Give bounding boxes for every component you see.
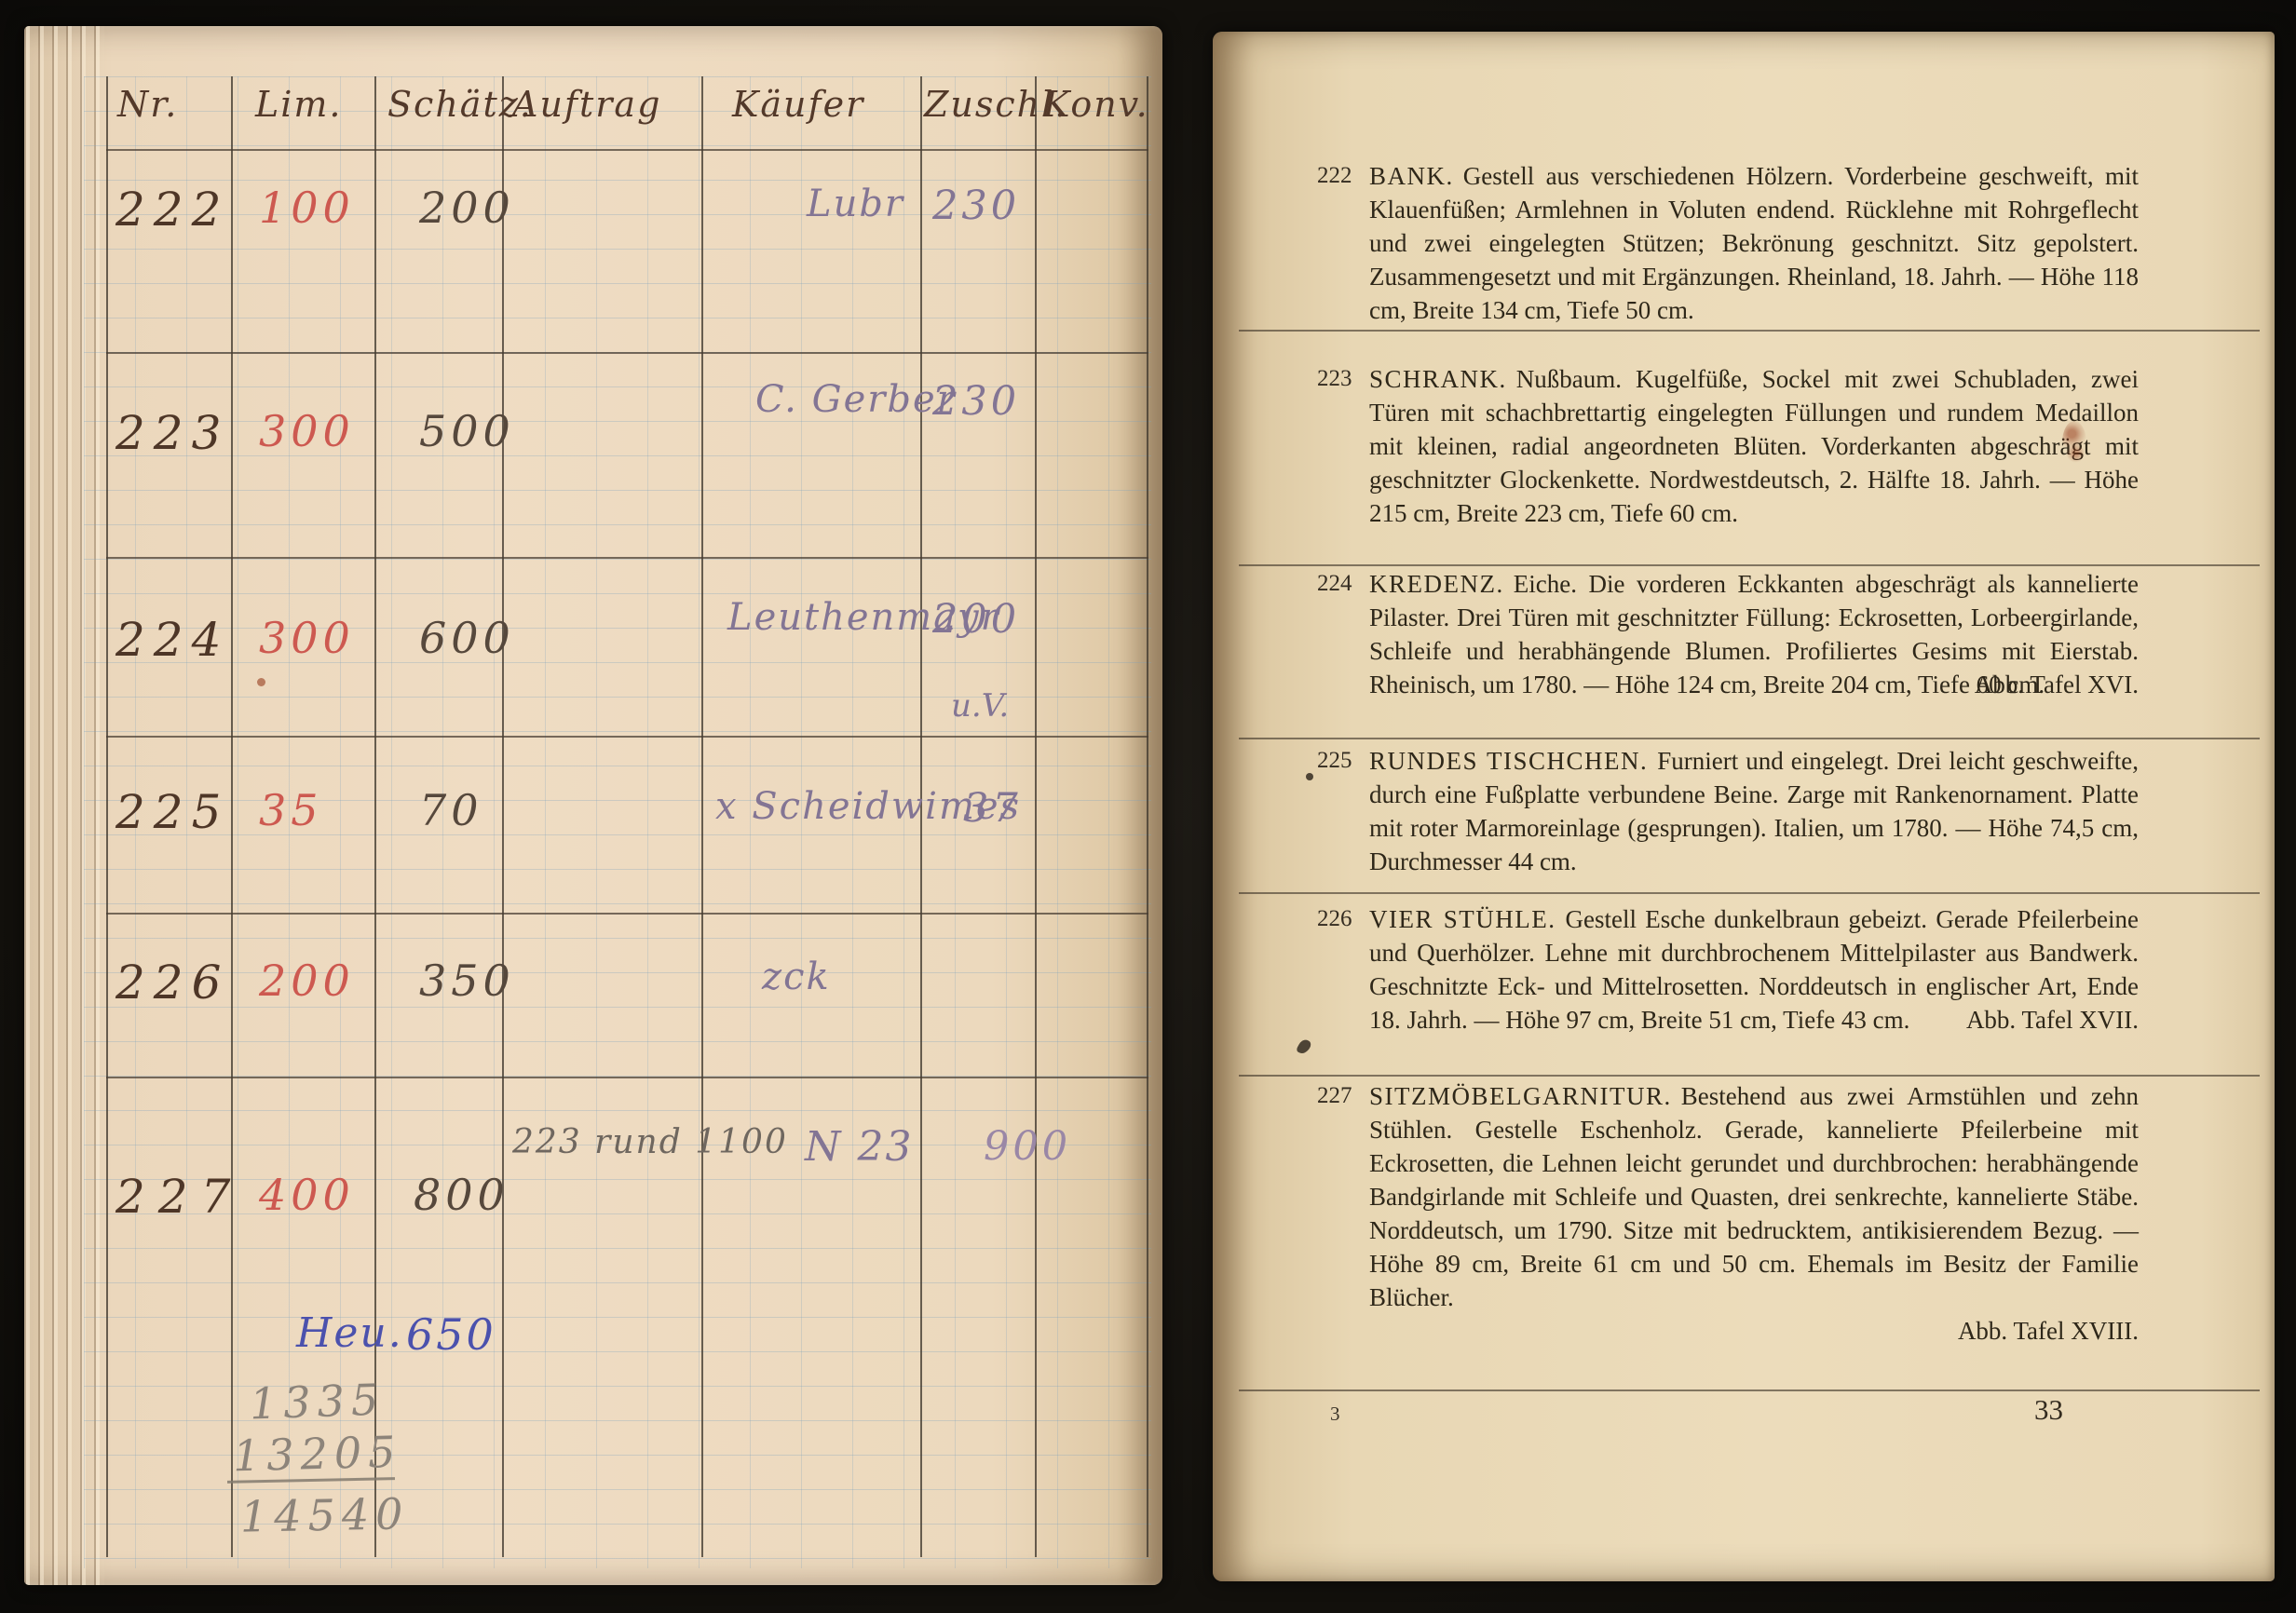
plate-reference: Abb. Tafel XVIII. (1369, 1314, 2139, 1348)
cell-schaetz: 200 (419, 183, 515, 233)
cell-lim: 200 (259, 956, 355, 1006)
entry-title: VIER STÜHLE. (1369, 905, 1556, 933)
ledger-page: Nr. Lim. Schätz. Auftrag Käufer Zuschl. … (24, 26, 1162, 1585)
cell-kaeufer: zck (762, 956, 831, 998)
margin-dot-mark (1306, 773, 1313, 780)
entry-title: KREDENZ. (1369, 570, 1504, 598)
lot-number: 222 (1317, 159, 1369, 327)
cell-kaeufer: N 23 (805, 1123, 913, 1171)
cell-zuschl: 200 (932, 596, 1020, 643)
entry-title: RUNDES TISCHCHEN. (1369, 747, 1648, 775)
row-separator (106, 352, 1148, 354)
totals-sum: 14540 (240, 1488, 410, 1541)
column-rule (1035, 76, 1037, 1557)
entry-separator (1239, 330, 2260, 332)
row-separator (106, 557, 1148, 559)
entry-separator (1239, 564, 2260, 566)
cell-lim: 35 (259, 785, 323, 835)
cell-schaetz: 500 (419, 406, 515, 456)
cell-lim: 300 (259, 613, 355, 663)
catalog-page: 222 BANK.Gestell aus verschiedenen Hölze… (1213, 32, 2275, 1581)
cell-zuschl-note: u.V. (951, 687, 1009, 725)
cell-nr: 222 (115, 183, 229, 237)
cell-lim: 300 (259, 406, 355, 456)
rust-stain (2062, 421, 2086, 464)
catalog-entry-223: 223 SCHRANK.Nußbaum. Kugelfüße, Sockel m… (1317, 362, 2139, 530)
footer-rule (1239, 1389, 2260, 1391)
catalog-entry-226: 226 VIER STÜHLE.Gestell Esche dunkelbrau… (1317, 902, 2139, 1037)
cell-schaetz: 70 (419, 785, 483, 835)
entry-text: KREDENZ.Eiche. Die vorderen Eckkanten ab… (1369, 567, 2139, 701)
header-konv: Konv. (1043, 84, 1149, 125)
catalog-entry-227: 227 SITZMÖBELGARNITUR.Bestehend aus zwei… (1317, 1079, 2139, 1348)
cell-schaetz: 600 (419, 613, 515, 663)
header-lim: Lim. (255, 84, 343, 125)
entry-title: SCHRANK. (1369, 365, 1507, 393)
entry-text: BANK.Gestell aus verschiedenen Hölzern. … (1369, 159, 2139, 327)
row-separator (106, 913, 1148, 915)
column-rule (106, 76, 108, 1557)
cell-lim: 100 (259, 183, 355, 233)
cell-nr: 226 (115, 956, 229, 1010)
header-kaeufer: Käufer (732, 84, 864, 125)
page-number: 33 (2034, 1393, 2063, 1427)
entry-text: VIER STÜHLE.Gestell Esche dunkelbraun ge… (1369, 902, 2139, 1037)
entry-body: Bestehend aus zwei Armstühlen und zehn S… (1369, 1082, 2139, 1311)
cell-zuschl: 900 (984, 1123, 1071, 1170)
catalog-entry-225: 225 RUNDES TISCHCHEN.Furniert und eingel… (1317, 744, 2139, 878)
cell-lim: 400 (259, 1170, 355, 1220)
cell-nr: 225 (115, 785, 229, 839)
book-photo: { "ledger": { "headers": { "nr": "Nr.", … (0, 0, 2296, 1613)
header-auftrag: Auftrag (512, 84, 661, 125)
row-separator (106, 1077, 1148, 1078)
lot-number: 227 (1317, 1079, 1369, 1348)
cell-zuschl: 230 (932, 183, 1020, 229)
totals-label: Heu. (296, 1309, 403, 1357)
signature-mark: 3 (1330, 1403, 1340, 1426)
lot-number: 225 (1317, 744, 1369, 878)
entry-body: Gestell aus verschiedenen Hölzern. Vorde… (1369, 162, 2139, 324)
lot-number: 223 (1317, 362, 1369, 530)
header-nr: Nr. (117, 84, 178, 125)
totals-value: 650 (406, 1309, 496, 1360)
column-rule (231, 76, 233, 1557)
entry-title: BANK. (1369, 162, 1454, 190)
column-rule (701, 76, 703, 1557)
entry-text: RUNDES TISCHCHEN.Furniert und eingelegt.… (1369, 744, 2139, 878)
ink-stain (257, 678, 265, 686)
row-separator (106, 736, 1148, 738)
entry-separator (1239, 738, 2260, 739)
cell-nr: 227 (115, 1170, 243, 1224)
row-separator (106, 149, 1148, 151)
column-rule (502, 76, 504, 1557)
cell-zuschl: 230 (932, 378, 1020, 425)
cell-schaetz: 350 (419, 956, 515, 1006)
entry-text: SCHRANK.Nußbaum. Kugelfüße, Sockel mit z… (1369, 362, 2139, 530)
cell-nr: 223 (115, 406, 229, 460)
cell-kaeufer: Lubr (807, 183, 904, 225)
cell-schaetz: 800 (414, 1170, 509, 1220)
entry-title: SITZMÖBELGARNITUR. (1369, 1082, 1672, 1110)
header-schaetz: Schätz. (387, 84, 533, 125)
lot-number: 224 (1317, 567, 1369, 701)
catalog-entry-224: 224 KREDENZ.Eiche. Die vorderen Eckkante… (1317, 567, 2139, 701)
entry-separator (1239, 1075, 2260, 1077)
catalog-entry-222: 222 BANK.Gestell aus verschiedenen Hölze… (1317, 159, 2139, 327)
lot-number: 226 (1317, 902, 1369, 1037)
entry-text: SITZMÖBELGARNITUR.Bestehend aus zwei Arm… (1369, 1079, 2139, 1348)
cell-kaeufer: C. Gerber (755, 378, 957, 421)
entry-separator (1239, 892, 2260, 894)
margin-tick-mark (1296, 1037, 1312, 1056)
totals-line2: 13205 (232, 1427, 402, 1482)
cell-nr: 224 (115, 613, 229, 667)
cell-auftrag: 223 rund 1100 (512, 1123, 788, 1161)
cell-zuschl: 37 (963, 785, 1022, 832)
column-rule (1147, 76, 1148, 1557)
totals-line1: 1335 (249, 1374, 386, 1429)
